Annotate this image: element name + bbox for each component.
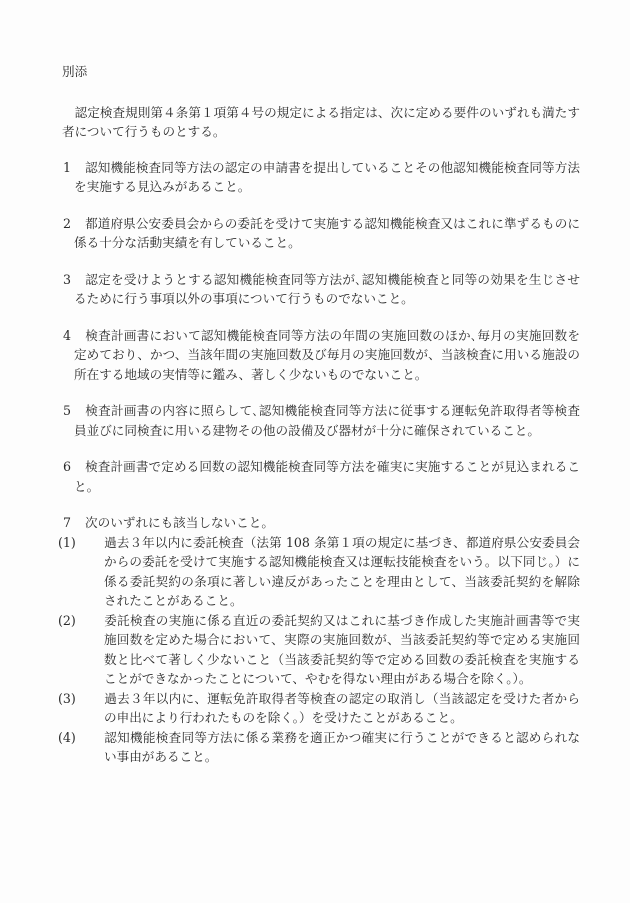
- item-number: 7: [62, 513, 85, 533]
- item-number: 6: [62, 457, 85, 477]
- item-number: 2: [62, 214, 85, 234]
- item-text: 検査計画書で定める回数の認知機能検査同等方法を確実に実施することが見込まれること…: [74, 459, 580, 494]
- requirement-item-4: 4検査計画書において認知機能検査同等方法の年間の実施回数のほか､毎月の実施回数を…: [62, 326, 580, 385]
- intro-paragraph: 認定検査規則第４条第１項第４号の規定による指定は、次に定める要件のいずれも満たす…: [62, 103, 580, 142]
- requirement-item-1: 1認知機能検査同等方法の認定の申請書を提出していることその他認知機能検査同等方法…: [62, 158, 580, 197]
- sub-item-text: 過去３年以内に、運転免許取得者等検査の認定の取消し（当該認定を受けた者からの申出…: [104, 691, 580, 726]
- sub-item-1: (1)過去３年以内に委託検査（法第 108 条第１項の規定に基づき、都道府県公安…: [62, 533, 580, 611]
- item-number: 4: [62, 326, 85, 346]
- item-text: 検査計画書の内容に照らして､認知機能検査同等方法に従事する運転免許取得者等検査員…: [74, 403, 580, 438]
- sub-item-2: (2)委託検査の実施に係る直近の委託契約又はこれに基づき作成した実施計画書等で実…: [62, 611, 580, 689]
- item-text: 次のいずれにも該当しないこと。: [85, 515, 274, 530]
- sub-item-number: (2): [58, 611, 76, 631]
- document-page: 別添 認定検査規則第４条第１項第４号の規定による指定は、次に定める要件のいずれも…: [62, 62, 580, 767]
- requirement-item-5: 5検査計画書の内容に照らして､認知機能検査同等方法に従事する運転免許取得者等検査…: [62, 401, 580, 440]
- sub-item-text: 委託検査の実施に係る直近の委託契約又はこれに基づき作成した実施計画書等で実施回数…: [104, 613, 580, 687]
- item-text: 都道府県公安委員会からの委託を受けて実施する認知機能検査又はこれに準ずるものに係…: [74, 216, 580, 251]
- disqualification-sub-list: (1)過去３年以内に委託検査（法第 108 条第１項の規定に基づき、都道府県公安…: [62, 533, 580, 767]
- requirement-item-6: 6検査計画書で定める回数の認知機能検査同等方法を確実に実施することが見込まれるこ…: [62, 457, 580, 496]
- item-number: 1: [62, 158, 85, 178]
- item-text: 認知機能検査同等方法の認定の申請書を提出していることその他認知機能検査同等方法を…: [74, 160, 580, 195]
- requirement-item-7: 7次のいずれにも該当しないこと。: [62, 513, 580, 533]
- sub-item-number: (4): [58, 728, 76, 748]
- sub-item-text: 認知機能検査同等方法に係る業務を適正かつ確実に行うことができると認められない事由…: [104, 730, 580, 765]
- requirement-item-3: 3認定を受けようとする認知機能検査同等方法が､認知機能検査と同等の効果を生じさせ…: [62, 270, 580, 309]
- requirement-item-2: 2都道府県公安委員会からの委託を受けて実施する認知機能検査又はこれに準ずるものに…: [62, 214, 580, 253]
- sub-item-3: (3)過去３年以内に、運転免許取得者等検査の認定の取消し（当該認定を受けた者から…: [62, 689, 580, 728]
- item-number: 5: [62, 401, 85, 421]
- item-text: 認定を受けようとする認知機能検査同等方法が､認知機能検査と同等の効果を生じさせる…: [74, 272, 580, 307]
- item-number: 3: [62, 270, 85, 290]
- sub-item-4: (4)認知機能検査同等方法に係る業務を適正かつ確実に行うことができると認められな…: [62, 728, 580, 767]
- sub-item-number: (3): [58, 689, 76, 709]
- sub-item-number: (1): [58, 533, 76, 553]
- sub-item-text: 過去３年以内に委託検査（法第 108 条第１項の規定に基づき、都道府県公安委員会…: [104, 535, 580, 609]
- item-text: 検査計画書において認知機能検査同等方法の年間の実施回数のほか､毎月の実施回数を定…: [74, 328, 580, 382]
- attachment-label: 別添: [62, 62, 580, 82]
